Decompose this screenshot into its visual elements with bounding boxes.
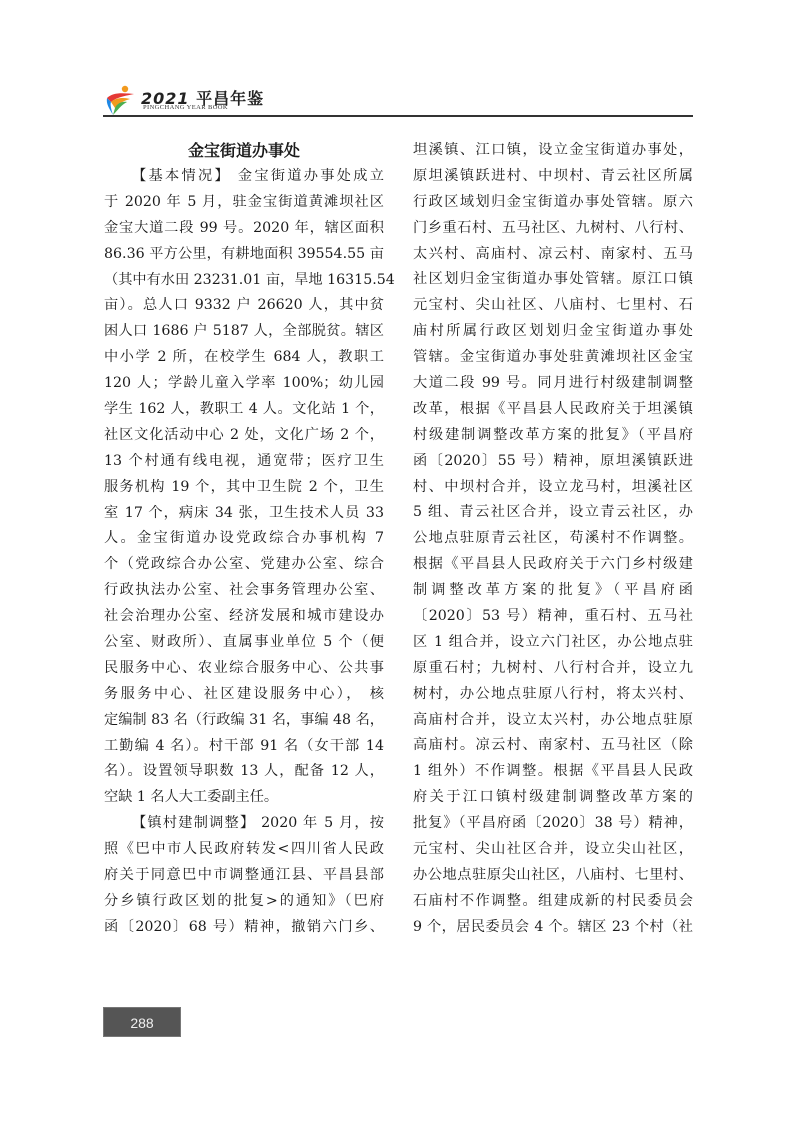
page-number: 288 [103,1007,181,1037]
text-line: 86.36 平方公里，有耕地面积 39554.55 亩 [104,242,384,268]
left-column-text: 【基本情况】 金宝街道办事处成立于 2020 年 5 月，驻金宝街道黄滩坝社区金… [104,164,384,941]
text-line: 府关于同意巴中市调整通江县、平昌县部 [104,863,384,889]
text-line: 照《巴中市人民政府转发<四川省人民政 [104,837,384,863]
text-line: 高庙村合并，设立太兴村，办公地点驻原 [413,708,693,734]
text-line: 管辖。金宝街道办事处驻黄滩坝社区金宝 [413,345,693,371]
article-title: 金宝街道办事处 [104,138,384,164]
text-line: 根据《平昌县人民政府关于六门乡村级建 [413,552,693,578]
yearbook-header: 2021 平昌年鉴 PINGCHANG YEAR BOOK [103,84,693,118]
brand-subtitle: PINGCHANG YEAR BOOK [143,104,228,111]
right-column: 坦溪镇、江口镇，设立金宝街道办事处，原坦溪镇跃进村、中坝村、青云社区所属行政区域… [413,138,693,941]
text-line: 民服务中心、农业综合服务中心、公共事 [104,656,384,682]
text-line: 庙村所属行政区划划归金宝街道办事处 [413,319,693,345]
text-line: 社区划归金宝街道办事处管辖。原江口镇 [413,267,693,293]
text-line: 5 组、青云社区合并，设立青云社区，办 [413,500,693,526]
text-line: 1 组外）不作调整。根据《平昌县人民政 [413,759,693,785]
text-line: 制调整改革方案的批复》（平昌府函 [413,578,693,604]
text-line: 原坦溪镇跃进村、中坝村、青云社区所属 [413,164,693,190]
text-line: 学生 162 人，教职工 4 人。文化站 1 个， [104,397,384,423]
text-line: 人。金宝街道办设党政综合办事机构 7 [104,526,384,552]
text-line: （其中有水田 23231.01 亩，旱地 16315.54 [104,268,384,294]
text-line: 亩）。总人口 9332 户 26620 人，其中贫 [104,293,384,319]
text-line: 大道二段 99 号。同月进行村级建制调整 [413,371,693,397]
text-line: 个（党政综合办公室、党建办公室、综合 [104,552,384,578]
text-line: 原重石村；九树村、八行村合并，设立九 [413,656,693,682]
text-line: 空缺 1 名人大工委副主任。 [104,785,384,811]
text-line: 金宝大道二段 99 号。2020 年，辖区面积 [104,216,384,242]
text-line: 办公地点驻原尖山社区，八庙村、七里村、 [413,863,693,889]
text-line: 高庙村。凉云村、南家村、五马社区（除 [413,733,693,759]
text-line: 函〔2020〕55 号）精神，原坦溪镇跃进 [413,449,693,475]
left-column: 金宝街道办事处 【基本情况】 金宝街道办事处成立于 2020 年 5 月，驻金宝… [104,138,384,941]
text-line: 元宝村、尖山社区、八庙村、七里村、石 [413,293,693,319]
text-line: 务服务中心、社区建设服务中心）， 核 [104,682,384,708]
text-line: 公地点驻原青云社区，苟溪村不作调整。 [413,526,693,552]
text-line: 坦溪镇、江口镇，设立金宝街道办事处， [413,138,693,164]
text-line: 〔2020〕53 号）精神，重石村、五马社 [413,604,693,630]
text-line: 社会治理办公室、经济发展和城市建设办 [104,604,384,630]
text-line: 村、中坝村合并，设立龙马村，坦溪社区 [413,475,693,501]
text-line: 定编制 83 名（行政编 31 名，事编 48 名， [104,708,384,734]
text-line: 13 个村通有线电视，通宽带；医疗卫生 [104,449,384,475]
text-line: 石庙村不作调整。组建成新的村民委员会 [413,889,693,915]
text-line: 函〔2020〕68 号）精神，撤销六门乡、 [104,915,384,941]
text-line: 元宝村、尖山社区合并，设立尖山社区， [413,837,693,863]
text-line: 中小学 2 所，在校学生 684 人，教职工 [104,345,384,371]
text-line: 9 个，居民委员会 4 个。辖区 23 个村（社 [413,915,693,941]
header-rule [103,115,693,117]
text-line: 批复》（平昌府函〔2020〕38 号）精神， [413,811,693,837]
text-line: 于 2020 年 5 月，驻金宝街道黄滩坝社区 [104,190,384,216]
text-line: 工勤编 4 名）。村干部 91 名（女干部 14 [104,734,384,760]
text-line: 室 17 个，病床 34 张，卫生技术人员 33 [104,501,384,527]
text-line: 行政区域划归金宝街道办事处管辖。原六 [413,190,693,216]
text-line: 【镇村建制调整】 2020 年 5 月，按 [104,811,384,837]
text-line: 行政执法办公室、社会事务管理办公室、 [104,578,384,604]
text-line: 社区文化活动中心 2 处，文化广场 2 个， [104,423,384,449]
text-line: 改革，根据《平昌县人民政府关于坦溪镇 [413,397,693,423]
text-line: 120 人；学龄儿童入学率 100%；幼儿园 [104,371,384,397]
text-line: 树村，办公地点驻原八行村，将太兴村、 [413,682,693,708]
text-line: 【基本情况】 金宝街道办事处成立 [104,164,384,190]
text-line: 门乡重石村、五马社区、九树村、八行村、 [413,216,693,242]
right-column-text: 坦溪镇、江口镇，设立金宝街道办事处，原坦溪镇跃进村、中坝村、青云社区所属行政区域… [413,138,693,941]
pingchang-logo-icon [103,84,137,116]
text-line: 困人口 1686 户 5187 人，全部脱贫。辖区 [104,319,384,345]
text-line: 区 1 组合并，设立六门社区，办公地点驻 [413,630,693,656]
text-line: 太兴村、高庙村、凉云村、南家村、五马 [413,242,693,268]
text-line: 分乡镇行政区划的批复>的通知》（巴府 [104,889,384,915]
text-line: 公室、财政所）、直属事业单位 5 个（便 [104,630,384,656]
text-line: 村级建制调整改革方案的批复》（平昌府 [413,423,693,449]
text-line: 名）。设置领导职数 13 人，配备 12 人， [104,759,384,785]
text-line: 府关于江口镇村级建制调整改革方案的 [413,785,693,811]
text-line: 服务机构 19 个，其中卫生院 2 个，卫生 [104,475,384,501]
